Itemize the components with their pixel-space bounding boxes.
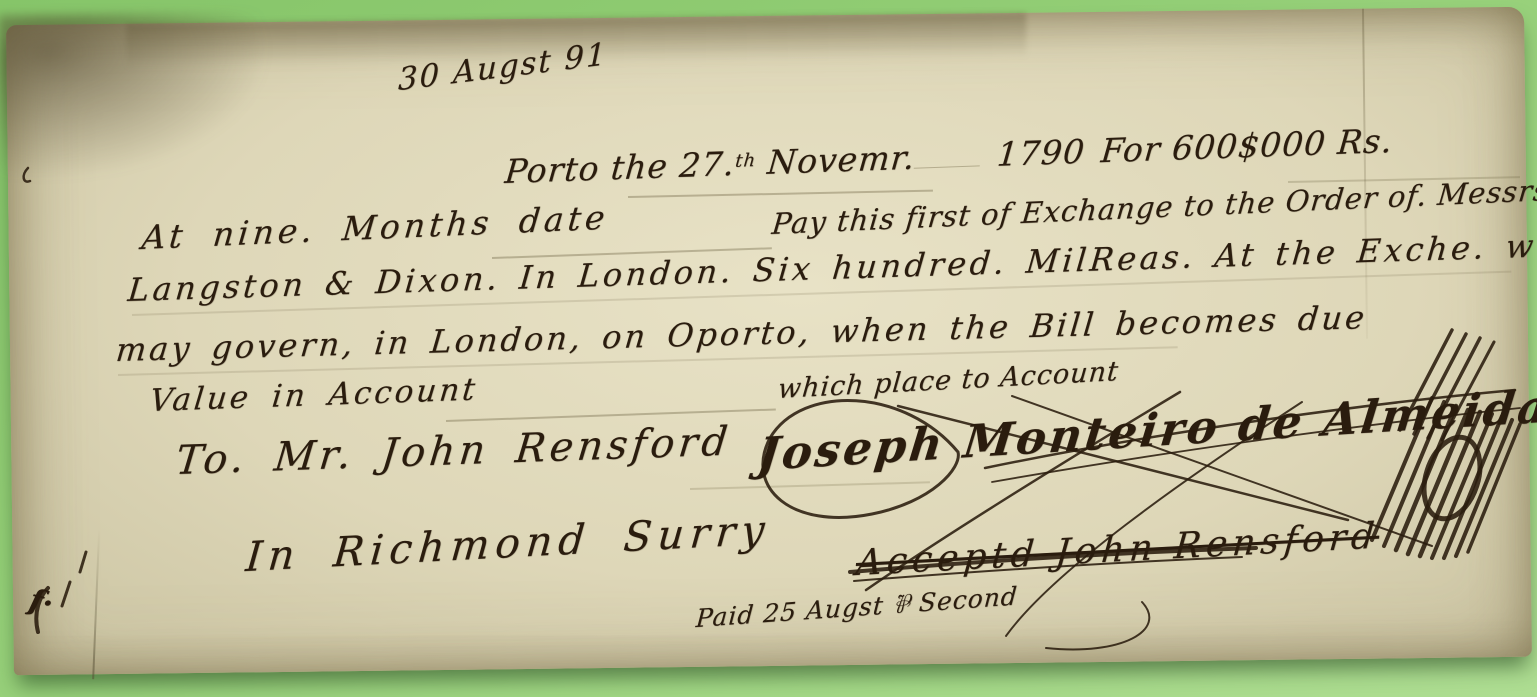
cancellation-strokes — [0, 0, 1537, 697]
scan-background: 30 Augst 91 Porto the 27.th Novemr.1790F… — [0, 0, 1537, 697]
